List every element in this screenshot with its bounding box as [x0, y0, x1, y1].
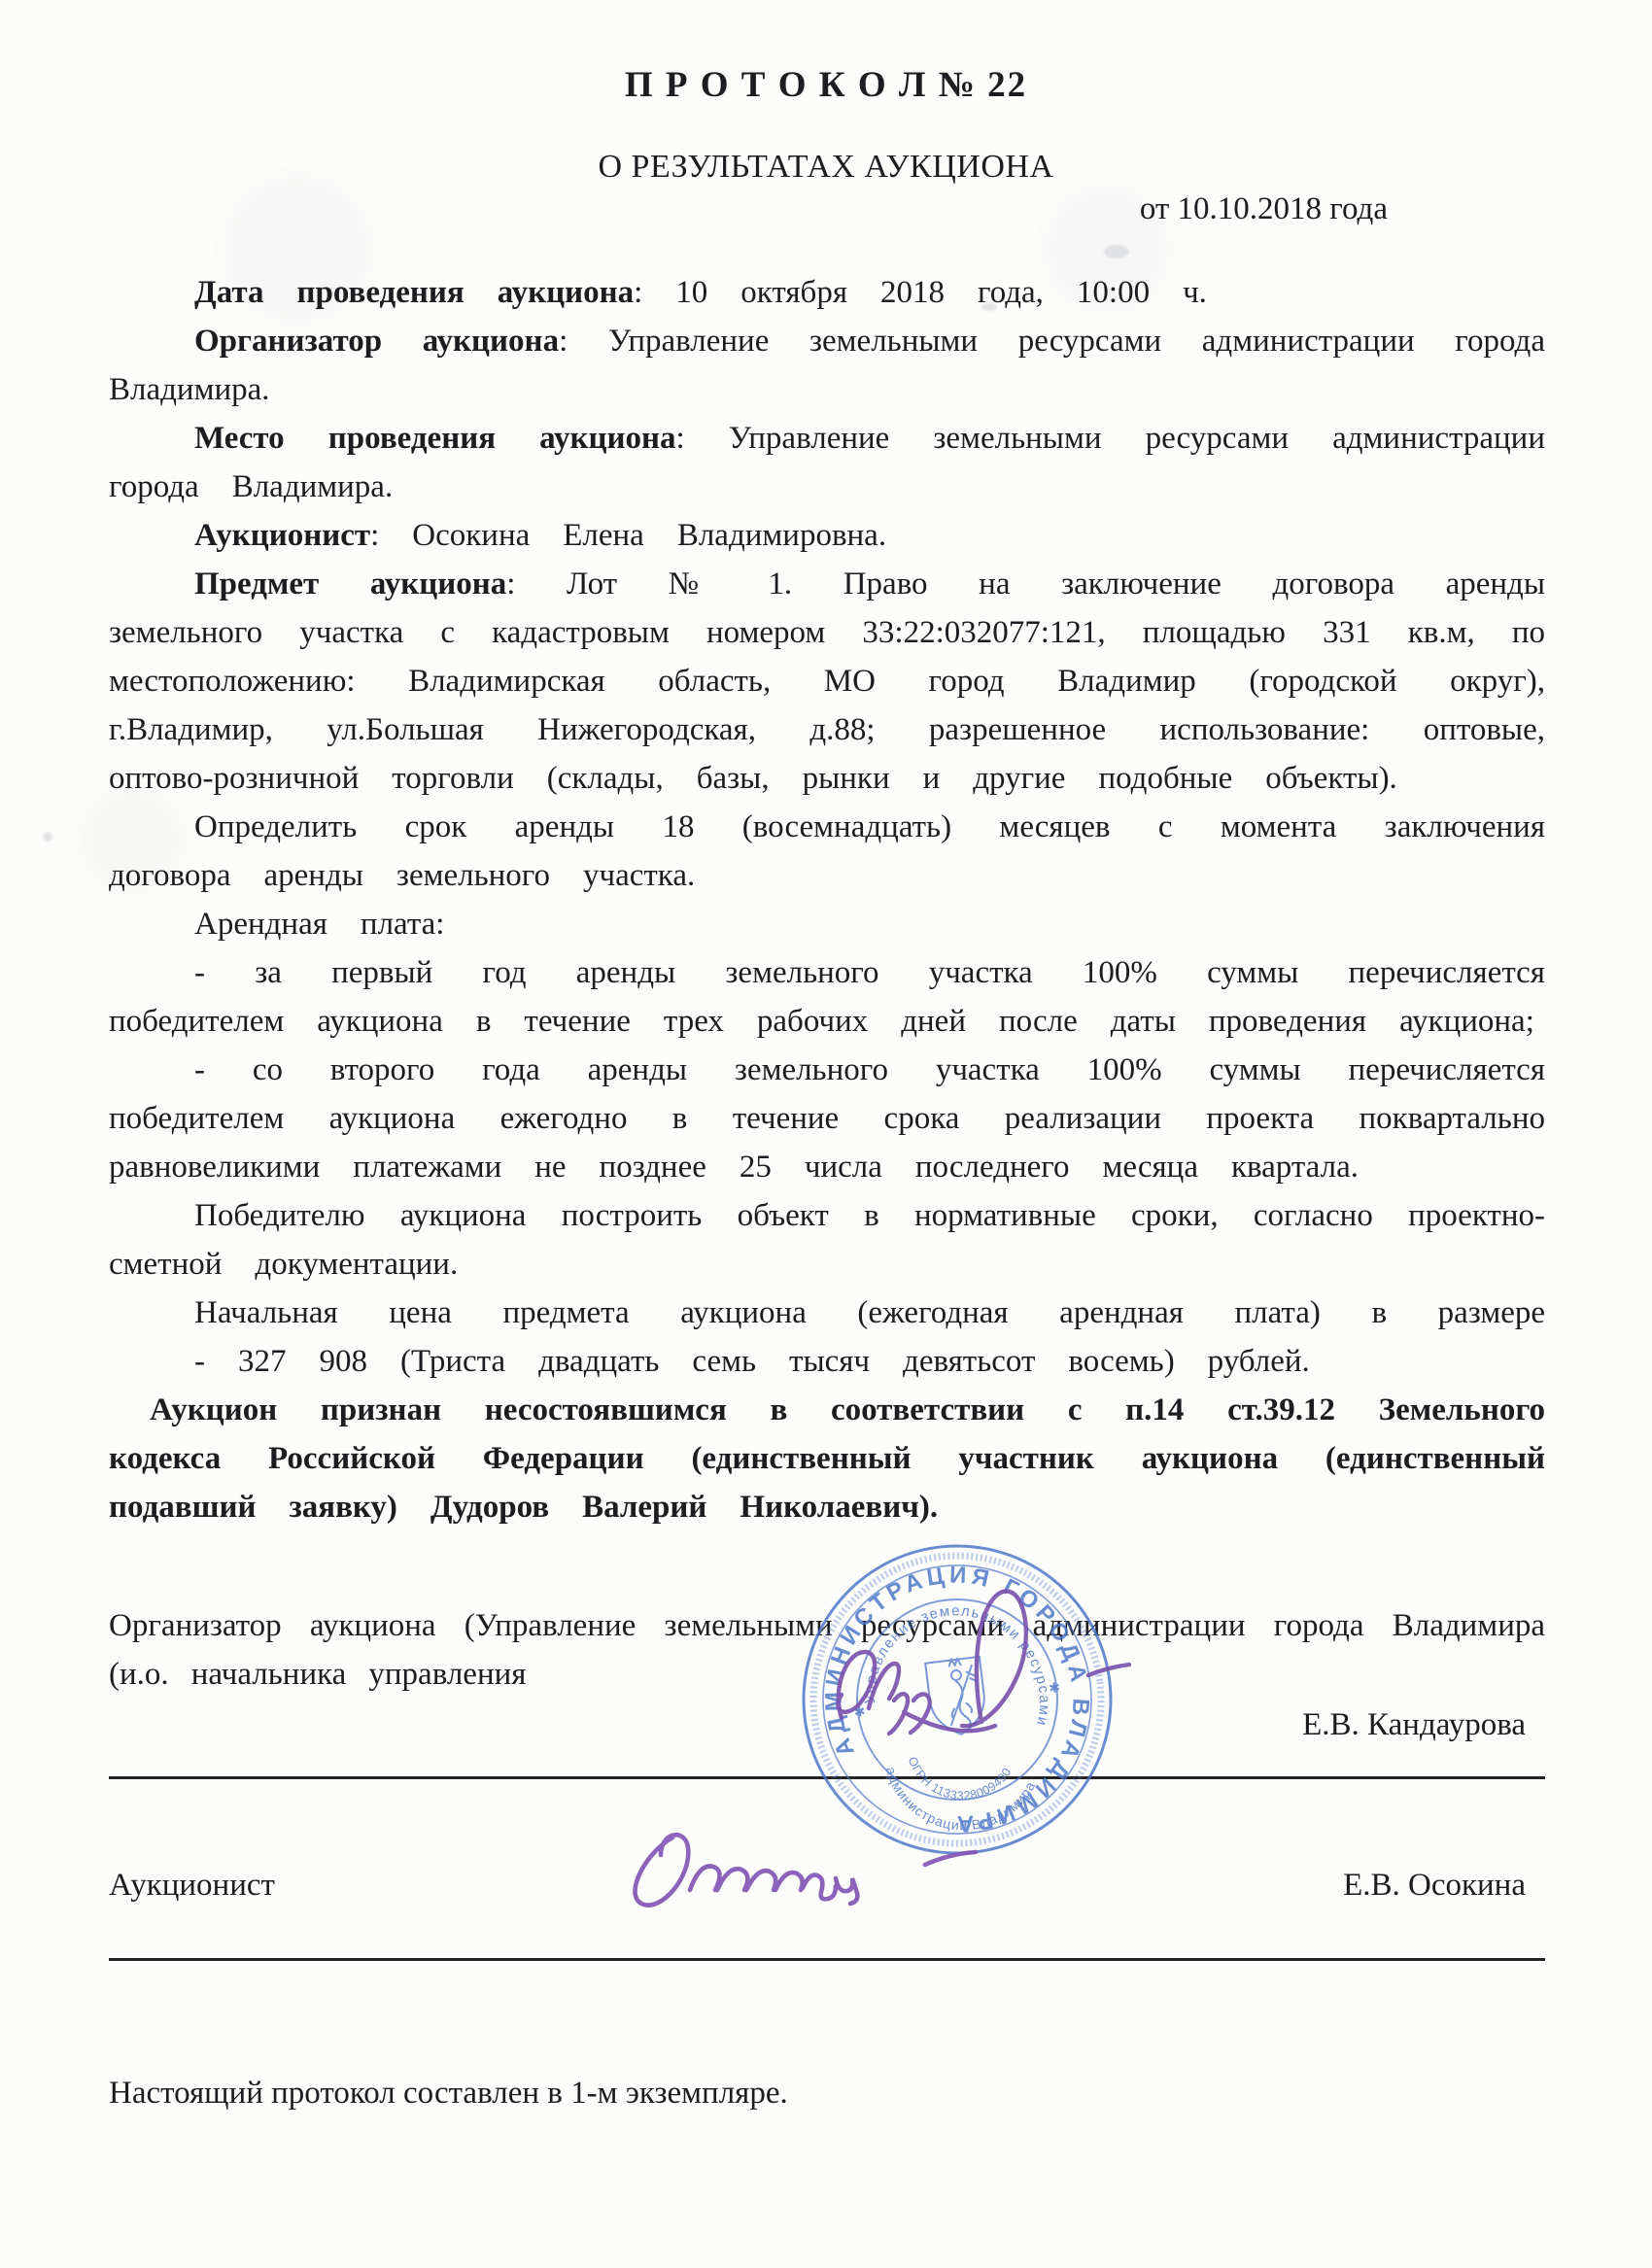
field-label: Предмет аукциона — [194, 567, 506, 601]
handwritten-signature-auctioneer — [544, 1803, 1011, 1929]
document-title: П Р О Т О К О Л № 22 — [0, 0, 1652, 106]
paragraph: - 327 908 (Триста двадцать семь тысяч де… — [109, 1337, 1545, 1386]
field-label: Дата проведения аукциона — [194, 275, 634, 310]
scan-smudge — [981, 303, 997, 311]
field-label: Организатор аукциона — [194, 324, 559, 359]
handwritten-signature-organizer — [748, 1545, 1156, 1759]
paragraph: Аукцион признан несостоявшимся в соответ… — [109, 1386, 1545, 1531]
paragraph: Победителю аукциона построить объект в н… — [109, 1191, 1545, 1289]
paragraph: Организатор аукциона: Управление земельн… — [109, 317, 1545, 414]
auctioneer-name: Е.В. Осокина — [1343, 1861, 1526, 1909]
paragraph: Дата проведения аукциона: 10 октября 201… — [109, 268, 1545, 317]
copies-note: Настоящий протокол составлен в 1-м экзем… — [109, 2076, 1545, 2112]
paragraph: Предмет аукциона: Лот № 1. Право на закл… — [109, 560, 1545, 803]
paragraph: Начальная цена предмета аукциона (ежегод… — [109, 1289, 1545, 1337]
paragraph: Место проведения аукциона: Управление зе… — [109, 414, 1545, 511]
document-date: от 10.10.2018 года — [0, 191, 1652, 227]
field-label: Место проведения аукциона — [194, 421, 676, 456]
paragraph: - со второго года аренды земельного учас… — [109, 1046, 1545, 1191]
document-body: Дата проведения аукциона: 10 октября 201… — [109, 268, 1545, 1531]
scan-smudge — [1104, 245, 1129, 258]
document-page: П Р О Т О К О Л № 22 О РЕЗУЛЬТАТАХ АУКЦИ… — [0, 0, 1652, 2268]
scan-smudge — [43, 832, 52, 842]
paragraph: Аукционист: Осокина Елена Владимировна. — [109, 511, 1545, 560]
paragraph: Определить срок аренды 18 (восемнадцать)… — [109, 803, 1545, 900]
paragraph: Арендная плата: — [109, 900, 1545, 948]
field-label: Аукционист — [194, 518, 370, 553]
document-subtitle: О РЕЗУЛЬТАТАХ АУКЦИОНА — [0, 149, 1652, 186]
signature-line-auctioneer — [109, 1958, 1545, 1961]
auctioneer-label: Аукционист — [109, 1861, 275, 1909]
paragraph: - за первый год аренды земельного участк… — [109, 948, 1545, 1046]
